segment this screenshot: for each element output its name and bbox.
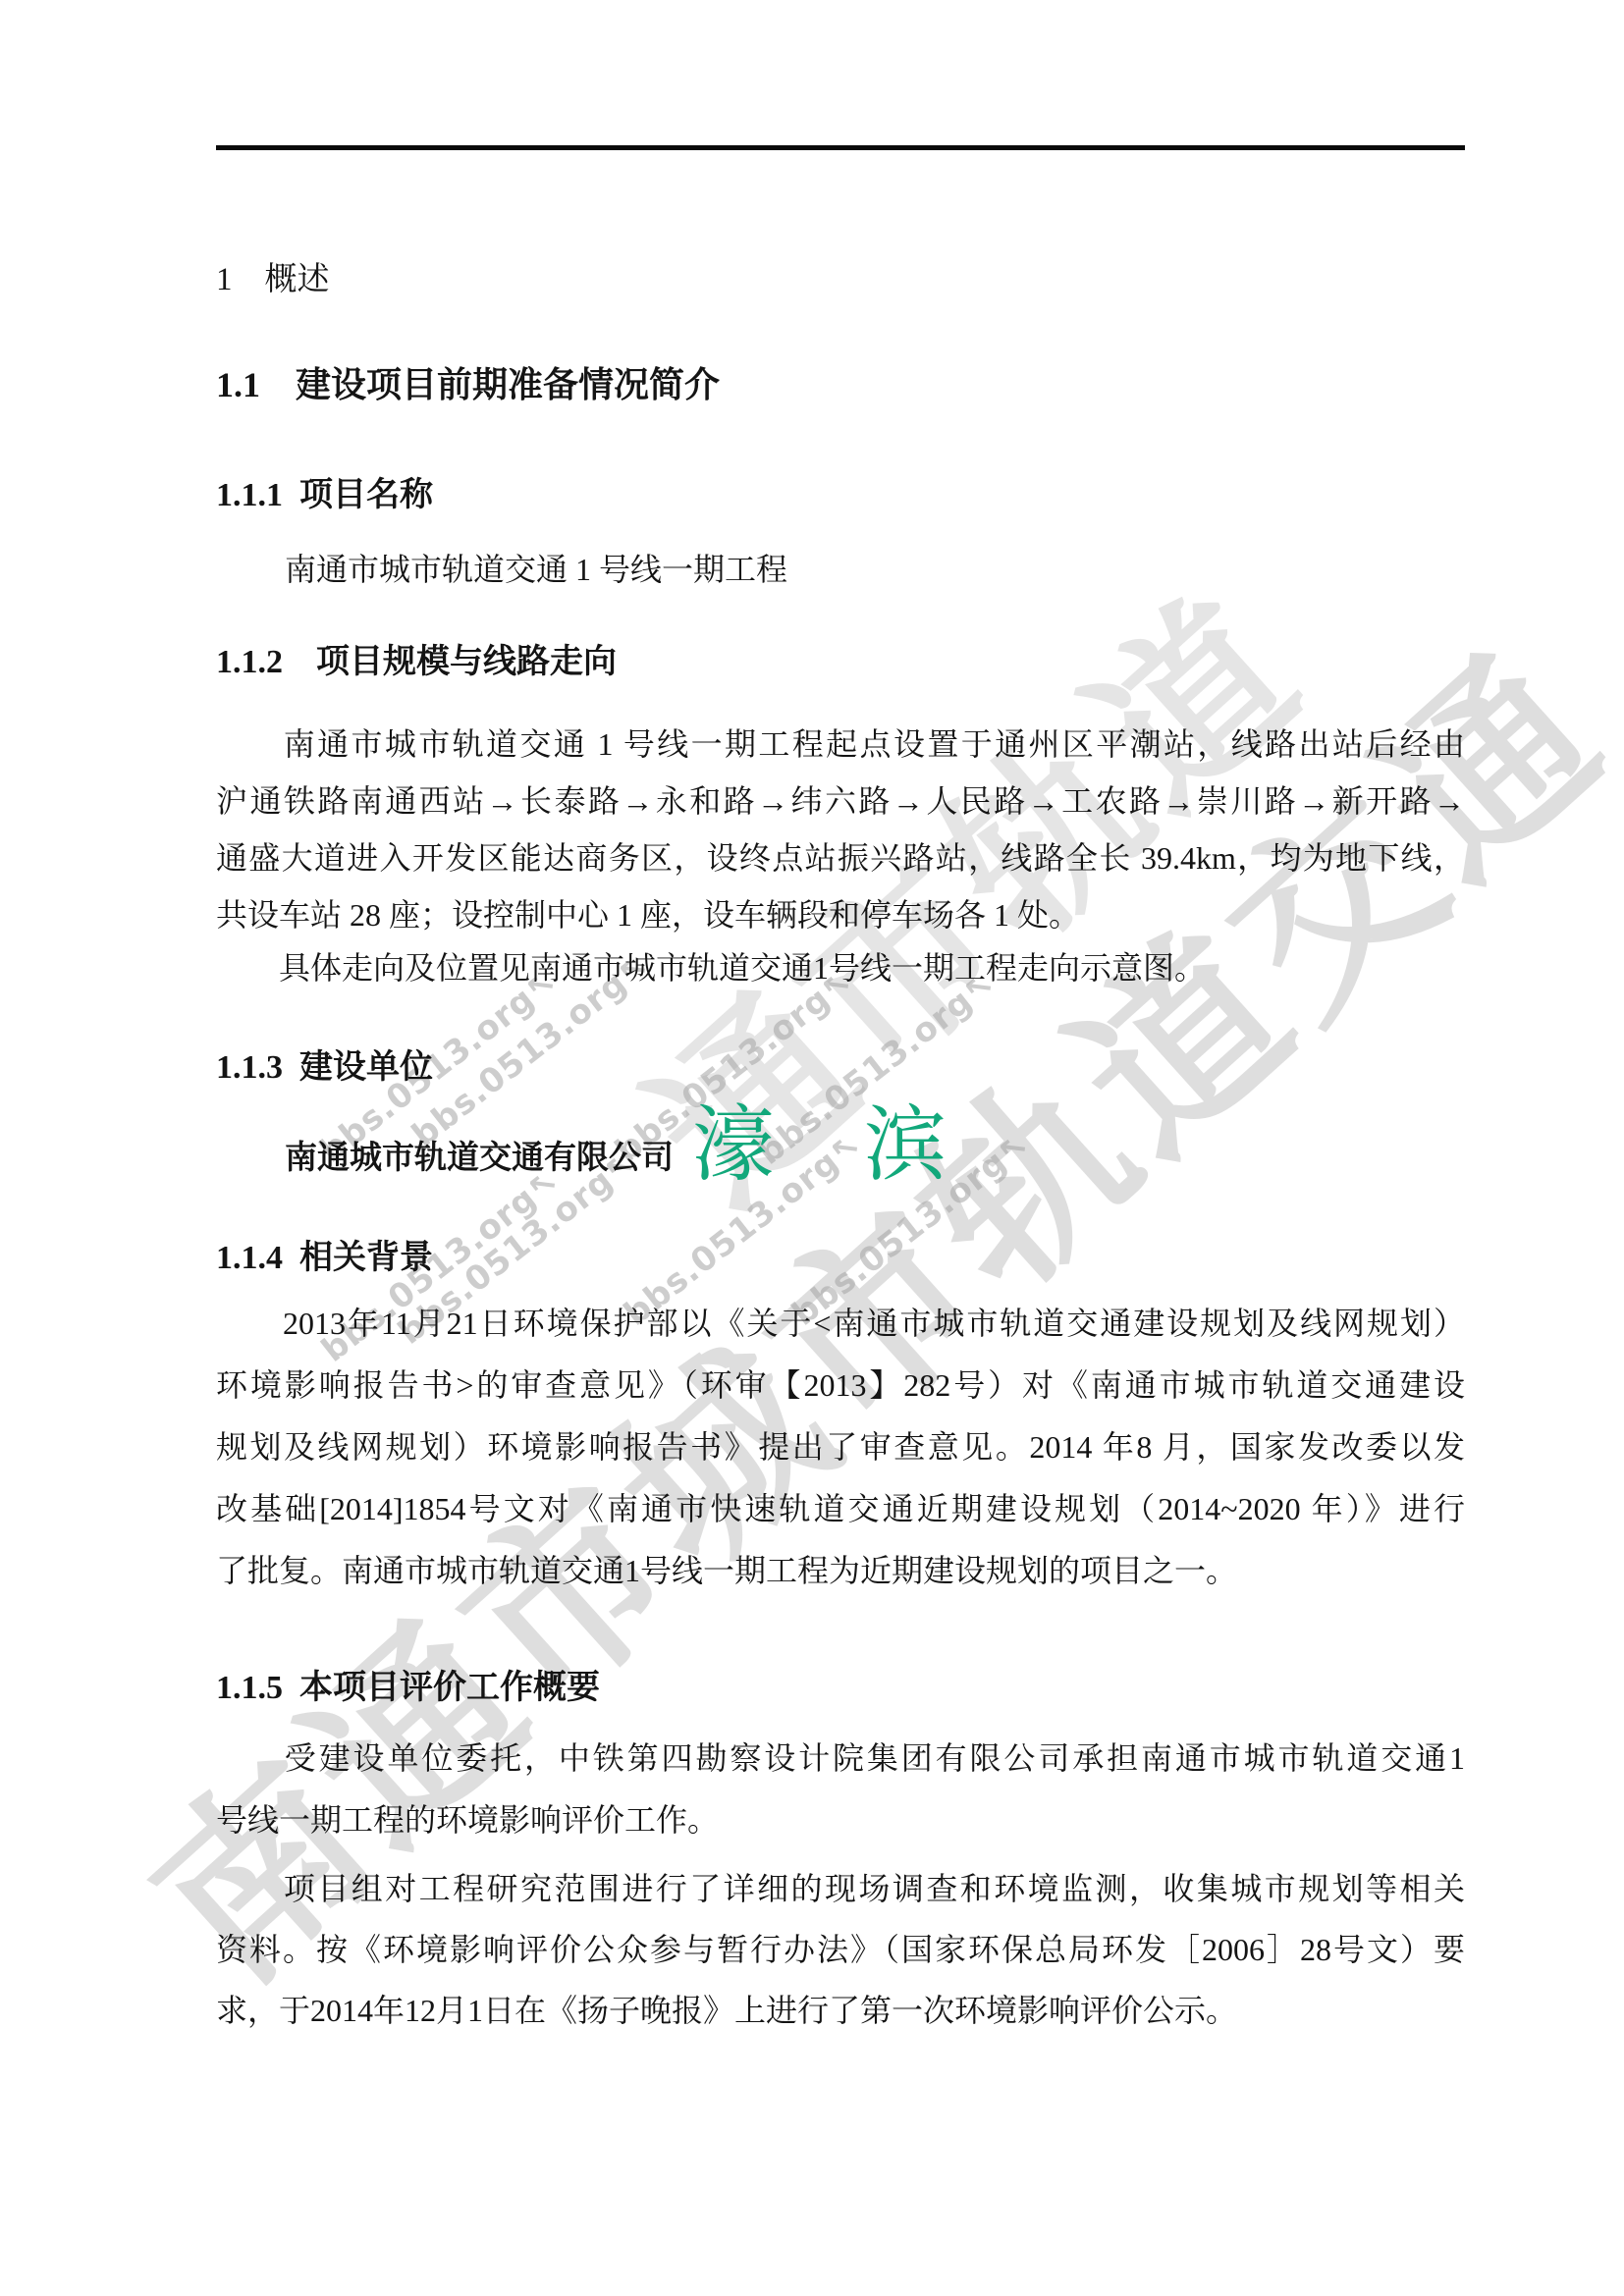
- green-stamp-char-hao: 濠: [692, 1103, 775, 1186]
- section-heading-1-1-4: 1.1.4 相关背景: [216, 1230, 433, 1278]
- route-paragraph-line: 通盛大道进入开发区能达商务区，设终点站振兴路站，线路全长 39.4km，均为地下…: [216, 838, 1465, 878]
- section-heading-1-1-3: 1.1.3 建设单位: [216, 1040, 433, 1088]
- survey-paragraph-line: 资料。按《环境影响评价公众参与暂行办法》（国家环保总局环发［2006］28号文）…: [216, 1930, 1465, 1969]
- header-rule: [216, 145, 1465, 150]
- green-stamp-char-bin: 滨: [864, 1103, 947, 1186]
- project-name-line: 南通市城市轨道交通 1 号线一期工程: [285, 550, 787, 589]
- background-paragraph-line: 改基础[2014]1854号文对《南通市快速轨道交通近期建设规划（2014~20…: [216, 1489, 1465, 1528]
- section-heading-1-1-2: 1.1.2 项目规模与线路走向: [216, 634, 617, 682]
- survey-paragraph-line: 项目组对工程研究范围进行了详细的现场调查和环境监测，收集城市规划等相关: [216, 1869, 1465, 1908]
- chapter-heading: 1 概述: [216, 253, 330, 299]
- evaluation-paragraph-line: 受建设单位委托，中铁第四勘察设计院集团有限公司承担南通市城市轨道交通1: [216, 1738, 1465, 1778]
- background-paragraph-line: 了批复。南通市城市轨道交通1号线一期工程为近期建设规划的项目之一。: [216, 1551, 1237, 1590]
- document-page: 南通市城市轨道交通 通市轨道 bbs.0513.org↖ bbs.0513.or…: [0, 0, 1624, 2296]
- section-heading-1-1: 1.1 建设项目前期准备情况简介: [216, 357, 720, 407]
- route-paragraph-line: 具体走向及位置见南通市城市轨道交通1号线一期工程走向示意图。: [216, 948, 1206, 988]
- builder-company-name: 南通城市轨道交通有限公司: [285, 1132, 674, 1178]
- route-paragraph-line: 南通市城市轨道交通 1 号线一期工程起点设置于通州区平潮站，线路出站后经由: [216, 724, 1465, 764]
- evaluation-paragraph-line: 号线一期工程的环境影响评价工作。: [216, 1800, 719, 1840]
- route-paragraph-line: 共设车站 28 座；设控制中心 1 座，设车辆段和停车场各 1 处。: [216, 895, 1080, 934]
- section-heading-1-1-5: 1.1.5 本项目评价工作概要: [216, 1660, 600, 1708]
- background-paragraph-line: 规划及线网规划）环境影响报告书》提出了审查意见。2014 年8 月，国家发改委以…: [216, 1427, 1465, 1467]
- route-paragraph-line: 沪通铁路南通西站→长泰路→永和路→纬六路→人民路→工农路→崇川路→新开路→: [216, 781, 1465, 821]
- survey-paragraph-line: 求，于2014年12月1日在《扬子晚报》上进行了第一次环境影响评价公示。: [216, 1991, 1237, 2030]
- background-paragraph-line: 环境影响报告书>的审查意见》（环审【2013】282号）对《南通市城市轨道交通建…: [216, 1365, 1465, 1405]
- section-heading-1-1-1: 1.1.1 项目名称: [216, 467, 433, 515]
- background-paragraph-line: 2013年11月21日环境保护部以《关于<南通市城市轨道交通建设规划及线网规划）: [216, 1304, 1465, 1343]
